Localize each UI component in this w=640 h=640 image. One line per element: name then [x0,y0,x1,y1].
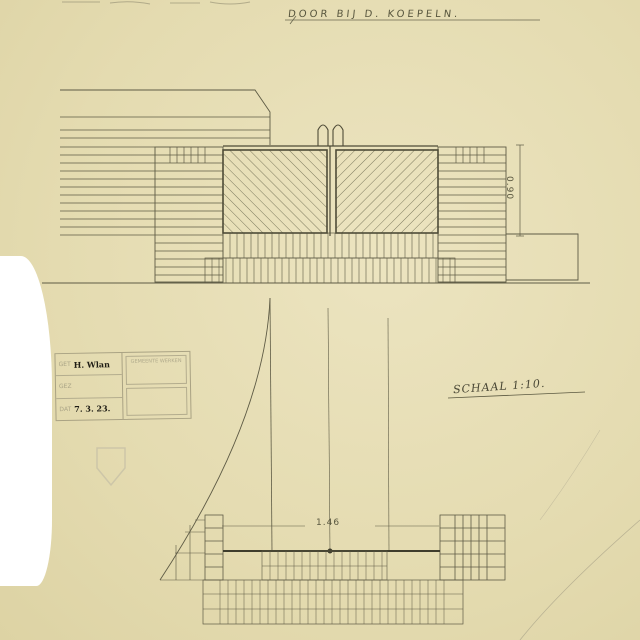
stamp-label: GET [59,361,71,368]
title-fragment [62,2,250,4]
subtitle-underline [285,16,540,24]
architectural-drawing [0,0,640,640]
plan-view [160,298,640,640]
stamp-row-seen: GEZ [56,375,122,398]
stamp-label: GEZ [59,383,72,390]
stamp-row-drawn: GET H. Wlan [55,353,121,376]
stamp-office-name: GEMEENTE WERKEN [125,355,186,385]
watermark-shield [97,448,125,485]
stamp-row-date: DAT 7. 3. 23. [56,398,122,420]
stamp-value: 7. 3. 23. [74,404,110,415]
gate-leaves [223,125,438,236]
torn-paper-edge [0,256,52,586]
stamp-office-boxes: GEMEENTE WERKEN [122,352,190,419]
width-dimension-label: 1.46 [316,518,340,528]
height-dimension-label: 0.90 [504,176,514,200]
stamp-empty-box [126,386,187,416]
drawing-sheet: DOOR BIJ D. KOEPELN. [0,0,640,640]
stamp-fields: GET H. Wlan GEZ DAT 7. 3. 23. [55,353,123,420]
stamp-value: H. Wlan [74,359,110,370]
stamp-label: DAT [59,406,71,413]
archive-stamp: GET H. Wlan GEZ DAT 7. 3. 23. GEMEENTE W… [54,351,191,421]
